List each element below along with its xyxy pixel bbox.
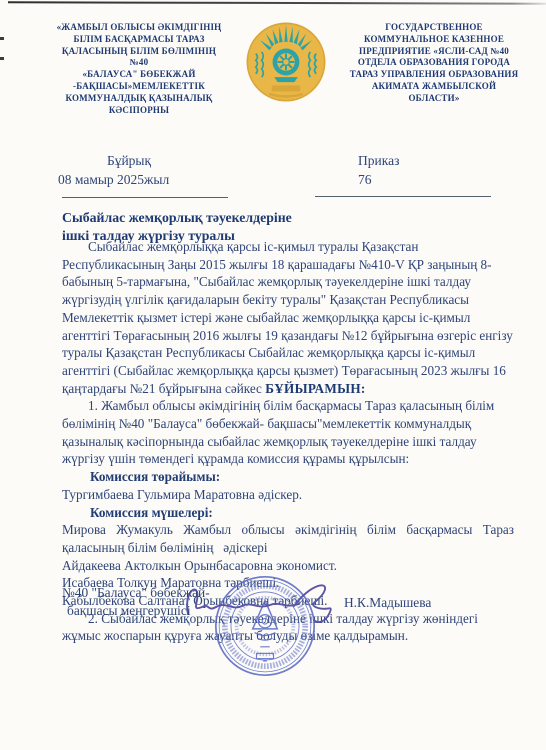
org-kk-line: КОММУНАЛДЫҚ ҚАЗЫНАЛЫҚ (55, 93, 223, 105)
preamble-paragraph: Сыбайлас жемқорлыққа қарсы іс-қимыл тура… (62, 238, 514, 397)
commission-member: Айдакеева Актолкын Орынбасаровна экономи… (62, 557, 514, 575)
commission-chair-heading: Комиссия төрайымы: (62, 468, 514, 486)
order-date: 08 мамыр 2025жыл (58, 172, 230, 188)
order-label-ru: Приказ (358, 153, 508, 169)
org-name-kazakh: «ЖАМБЫЛ ОБЛЫСЫ ӘКІМДІГІНІҢ БІЛІМ БАСҚАРМ… (55, 22, 223, 116)
org-kk-line: -БАҚШАСЫ»МЕМЛЕКЕТТІК (55, 81, 223, 93)
order-verb: БҰЙЫРАМЫН: (265, 381, 365, 396)
org-name-russian: ГОСУДАРСТВЕННОЕ КОММУНАЛЬНОЕ КАЗЕННОЕ ПР… (348, 22, 520, 105)
commission-members-heading: Комиссия мүшелері: (62, 504, 514, 522)
org-kk-line: «БАЛАУСА" БӨБЕКЖАЙ (55, 69, 223, 81)
preamble-text: Сыбайлас жемқорлыққа қарсы іс-қимыл тура… (62, 239, 513, 396)
signatory-position-line2: бақшасы меңгерушісі (62, 602, 242, 620)
underline-left (62, 197, 228, 198)
org-ru-line: ТАРАЗ УПРАВЛЕНИЯ ОБРАЗОВАНИЯ (348, 69, 520, 81)
org-kk-line: БІЛІМ БАСҚАРМАСЫ ТАРАЗ (55, 34, 223, 46)
org-kk-line: «ЖАМБЫЛ ОБЛЫСЫ ӘКІМДІГІНІҢ (55, 22, 223, 34)
commission-member: Мирова Жумакуль Жамбыл облысы әкімдігіні… (62, 521, 514, 556)
signatory-name: Н.К.Мадышева (344, 595, 431, 611)
order-label-kk: Бұйрық (58, 153, 230, 169)
org-ru-line: АКИМАТА ЖАМБЫЛСКОЙ ОБЛАСТИ» (348, 81, 520, 105)
scan-artifact-mark (0, 57, 4, 60)
order-meta-kazakh: Бұйрық 08 мамыр 2025жыл (58, 153, 230, 188)
scan-artifact-mark (0, 37, 4, 40)
org-ru-line: ГОСУДАРСТВЕННОЕ (348, 22, 520, 34)
signatory-position: №40 "Балауса" бөбекжай- бақшасы меңгеруш… (62, 584, 242, 619)
scan-artifact-line (8, 1, 546, 4)
org-ru-line: КОММУНАЛЬНОЕ КАЗЕННОЕ (348, 34, 520, 46)
order-meta-russian: Приказ 76 (358, 153, 508, 188)
order-item-1: 1. Жамбыл облысы әкімдігінің білім басқа… (62, 397, 514, 468)
org-kk-line: КӘСІПОРНЫ (55, 105, 223, 117)
kazakhstan-emblem-icon (244, 20, 328, 104)
org-kk-line: ҚАЛАСЫНЫҢ БІЛІМ БӨЛІМІНІҢ №40 (55, 46, 223, 70)
underline-right (315, 196, 491, 197)
order-number: 76 (358, 172, 508, 188)
org-ru-line: ОТДЕЛА ОБРАЗОВАНИЯ ГОРОДА (348, 57, 520, 69)
org-ru-line: ПРЕДПРИЯТИЕ «ЯСЛИ-САД №40 (348, 46, 520, 58)
title-line: Сыбайлас жемқорлық тәуекелдеріне (62, 209, 482, 227)
signatory-position-line1: №40 "Балауса" бөбекжай- (62, 584, 242, 602)
commission-chair-name: Тургимбаева Гульмира Маратовна әдіскер. (62, 486, 514, 504)
scanned-order-document: «ЖАМБЫЛ ОБЛЫСЫ ӘКІМДІГІНІҢ БІЛІМ БАСҚАРМ… (0, 0, 546, 750)
